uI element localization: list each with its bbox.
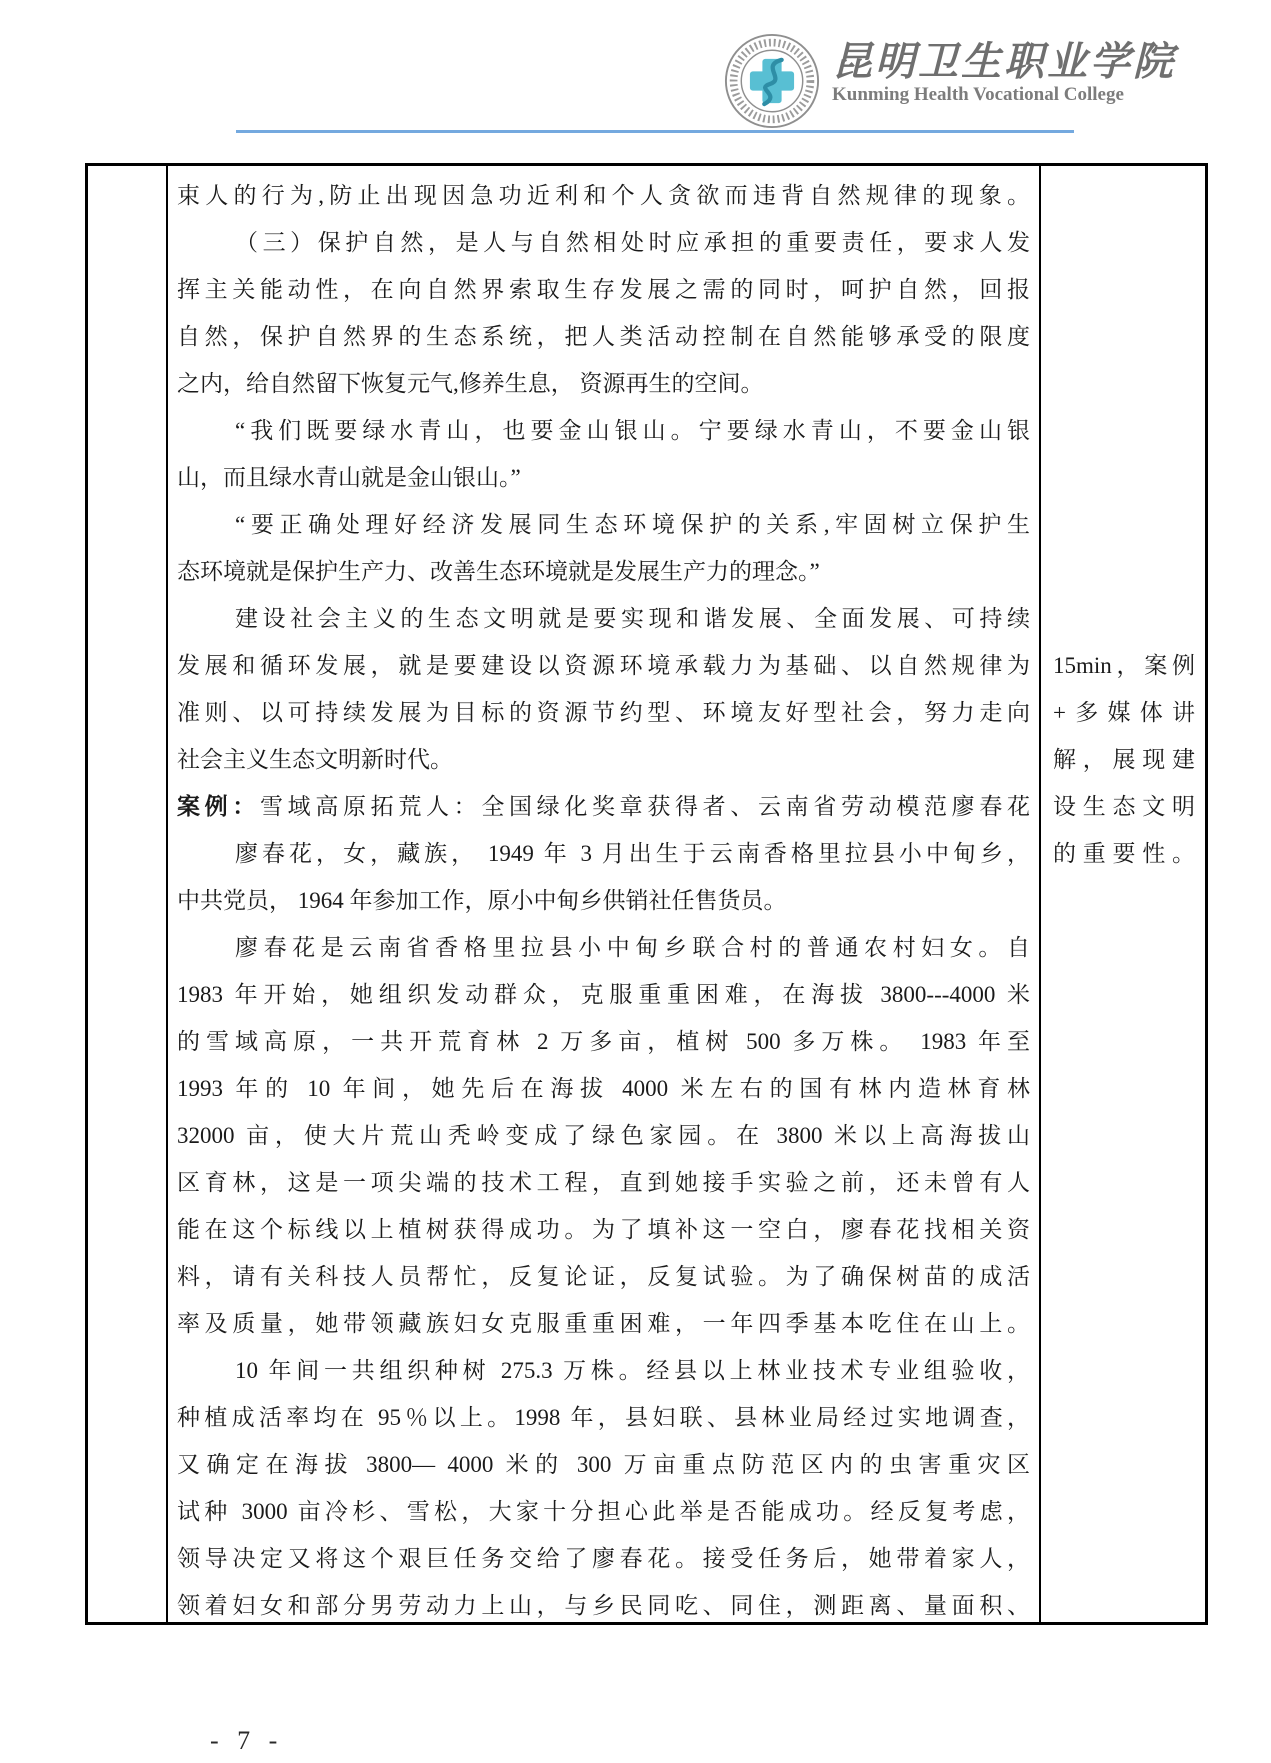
- text-line: 率及质量，她带领藏族妇女克服重重困难，一年四季基本吃住在山上。: [177, 1300, 1030, 1347]
- college-seal-icon: [724, 33, 820, 129]
- page-number: - 7 -: [210, 1726, 283, 1756]
- lesson-content-cell: 束人的行为,防止出现因急功近利和个人贪欲而违背自然规律的现象。（三）保护自然，是…: [168, 166, 1041, 1622]
- text-line: 领着妇女和部分男劳动力上山，与乡民同吃、同住，测距离、量面积、: [177, 1582, 1030, 1622]
- text-line: “我们既要绿水青山，也要金山银山。宁要绿水青山，不要金山银: [177, 407, 1030, 454]
- text-line: 料，请有关科技人员帮忙，反复论证，反复试验。为了确保树苗的成活: [177, 1253, 1030, 1300]
- text-line: 10 年间一共组织种树 275.3 万株。经县以上林业技术专业组验收，: [177, 1347, 1030, 1394]
- text-line: 1983 年开始，她组织发动群众，克服重重困难，在海拔 3800---4000 …: [177, 971, 1030, 1018]
- note-line: 的重要性。: [1053, 830, 1195, 877]
- text-line: 1993 年的 10 年间，她先后在海拔 4000 米左右的国有林内造林育林: [177, 1065, 1030, 1112]
- text-line: 束人的行为,防止出现因急功近利和个人贪欲而违背自然规律的现象。: [177, 172, 1030, 219]
- text-line: 准则、以可持续发展为目标的资源节约型、环境友好型社会，努力走向: [177, 689, 1030, 736]
- college-seal-svg: [724, 33, 820, 129]
- college-brand: 昆明卫生职业学院 Kunming Health Vocational Colle…: [832, 40, 1162, 106]
- note-line: 15min，案例: [1053, 642, 1195, 689]
- note-line: 设生态文明: [1053, 783, 1195, 830]
- text-line: 32000 亩，使大片荒山秃岭变成了绿色家园。在 3800 米以上高海拔山: [177, 1112, 1030, 1159]
- text-line: 发展和循环发展，就是要建设以资源环境承载力为基础、以自然规律为: [177, 642, 1030, 689]
- text-line: “要正确处理好经济发展同生态环境保护的关系,牢固树立保护生: [177, 501, 1030, 548]
- text-line: 廖春花是云南省香格里拉县小中甸乡联合村的普通农村妇女。自: [177, 924, 1030, 971]
- text-line: 的雪域高原，一共开荒育林 2 万多亩，植树 500 多万株。 1983 年至: [177, 1018, 1030, 1065]
- text-line: （三）保护自然，是人与自然相处时应承担的重要责任，要求人发: [177, 219, 1030, 266]
- text-line: 自然，保护自然界的生态系统，把人类活动控制在自然能够承受的限度: [177, 313, 1030, 360]
- text-line: 又确定在海拔 3800— 4000 米的 300 万亩重点防范区内的虫害重灾区: [177, 1441, 1030, 1488]
- header-divider-rule: [236, 130, 1074, 133]
- note-line: 解，展现建: [1053, 736, 1195, 783]
- text-line: 中共党员， 1964 年参加工作，原小中甸乡供销社任售货员。: [177, 877, 1030, 924]
- text-line: 能在这个标线以上植树获得成功。为了填补这一空白，廖春花找相关资: [177, 1206, 1030, 1253]
- text-line: 区育林，这是一项尖端的技术工程，直到她接手实验之前，还未曾有人: [177, 1159, 1030, 1206]
- text-line: 之内，给自然留下恢复元气,修养生息， 资源再生的空间。: [177, 360, 1030, 407]
- document-page: 昆明卫生职业学院 Kunming Health Vocational Colle…: [0, 0, 1271, 1763]
- college-name-chinese: 昆明卫生职业学院: [832, 40, 1162, 84]
- text-line: 社会主义生态文明新时代。: [177, 736, 1030, 783]
- note-line: +多媒体讲: [1053, 689, 1195, 736]
- page-header: 昆明卫生职业学院 Kunming Health Vocational Colle…: [0, 0, 1271, 160]
- time-method-note-cell: 15min，案例+多媒体讲解，展现建设生态文明的重要性。: [1041, 166, 1205, 1622]
- text-line: 山，而且绿水青山就是金山银山。”: [177, 454, 1030, 501]
- text-line: 态环境就是保护生产力、改善生态环境就是发展生产力的理念。”: [177, 548, 1030, 595]
- text-line: 领导决定又将这个艰巨任务交给了廖春花。接受任务后，她带着家人，: [177, 1535, 1030, 1582]
- text-line: 试种 3000 亩冷杉、雪松，大家十分担心此举是否能成功。经反复考虑，: [177, 1488, 1030, 1535]
- text-line: 案例：雪域高原拓荒人：全国绿化奖章获得者、云南省劳动模范廖春花: [177, 783, 1030, 830]
- college-name-english: Kunming Health Vocational College: [832, 84, 1162, 106]
- text-line: 挥主关能动性，在向自然界索取生存发展之需的同时，呵护自然，回报: [177, 266, 1030, 313]
- text-line: 建设社会主义的生态文明就是要实现和谐发展、全面发展、可持续: [177, 595, 1030, 642]
- text-line: 种植成活率均在 95％以上。1998 年，县妇联、县林业局经过实地调查，: [177, 1394, 1030, 1441]
- text-line: 廖春花，女，藏族， 1949 年 3 月出生于云南香格里拉县小中甸乡，: [177, 830, 1030, 877]
- lesson-plan-table: 束人的行为,防止出现因急功近利和个人贪欲而违背自然规律的现象。（三）保护自然，是…: [85, 163, 1208, 1625]
- table-left-empty-cell: [88, 166, 168, 1622]
